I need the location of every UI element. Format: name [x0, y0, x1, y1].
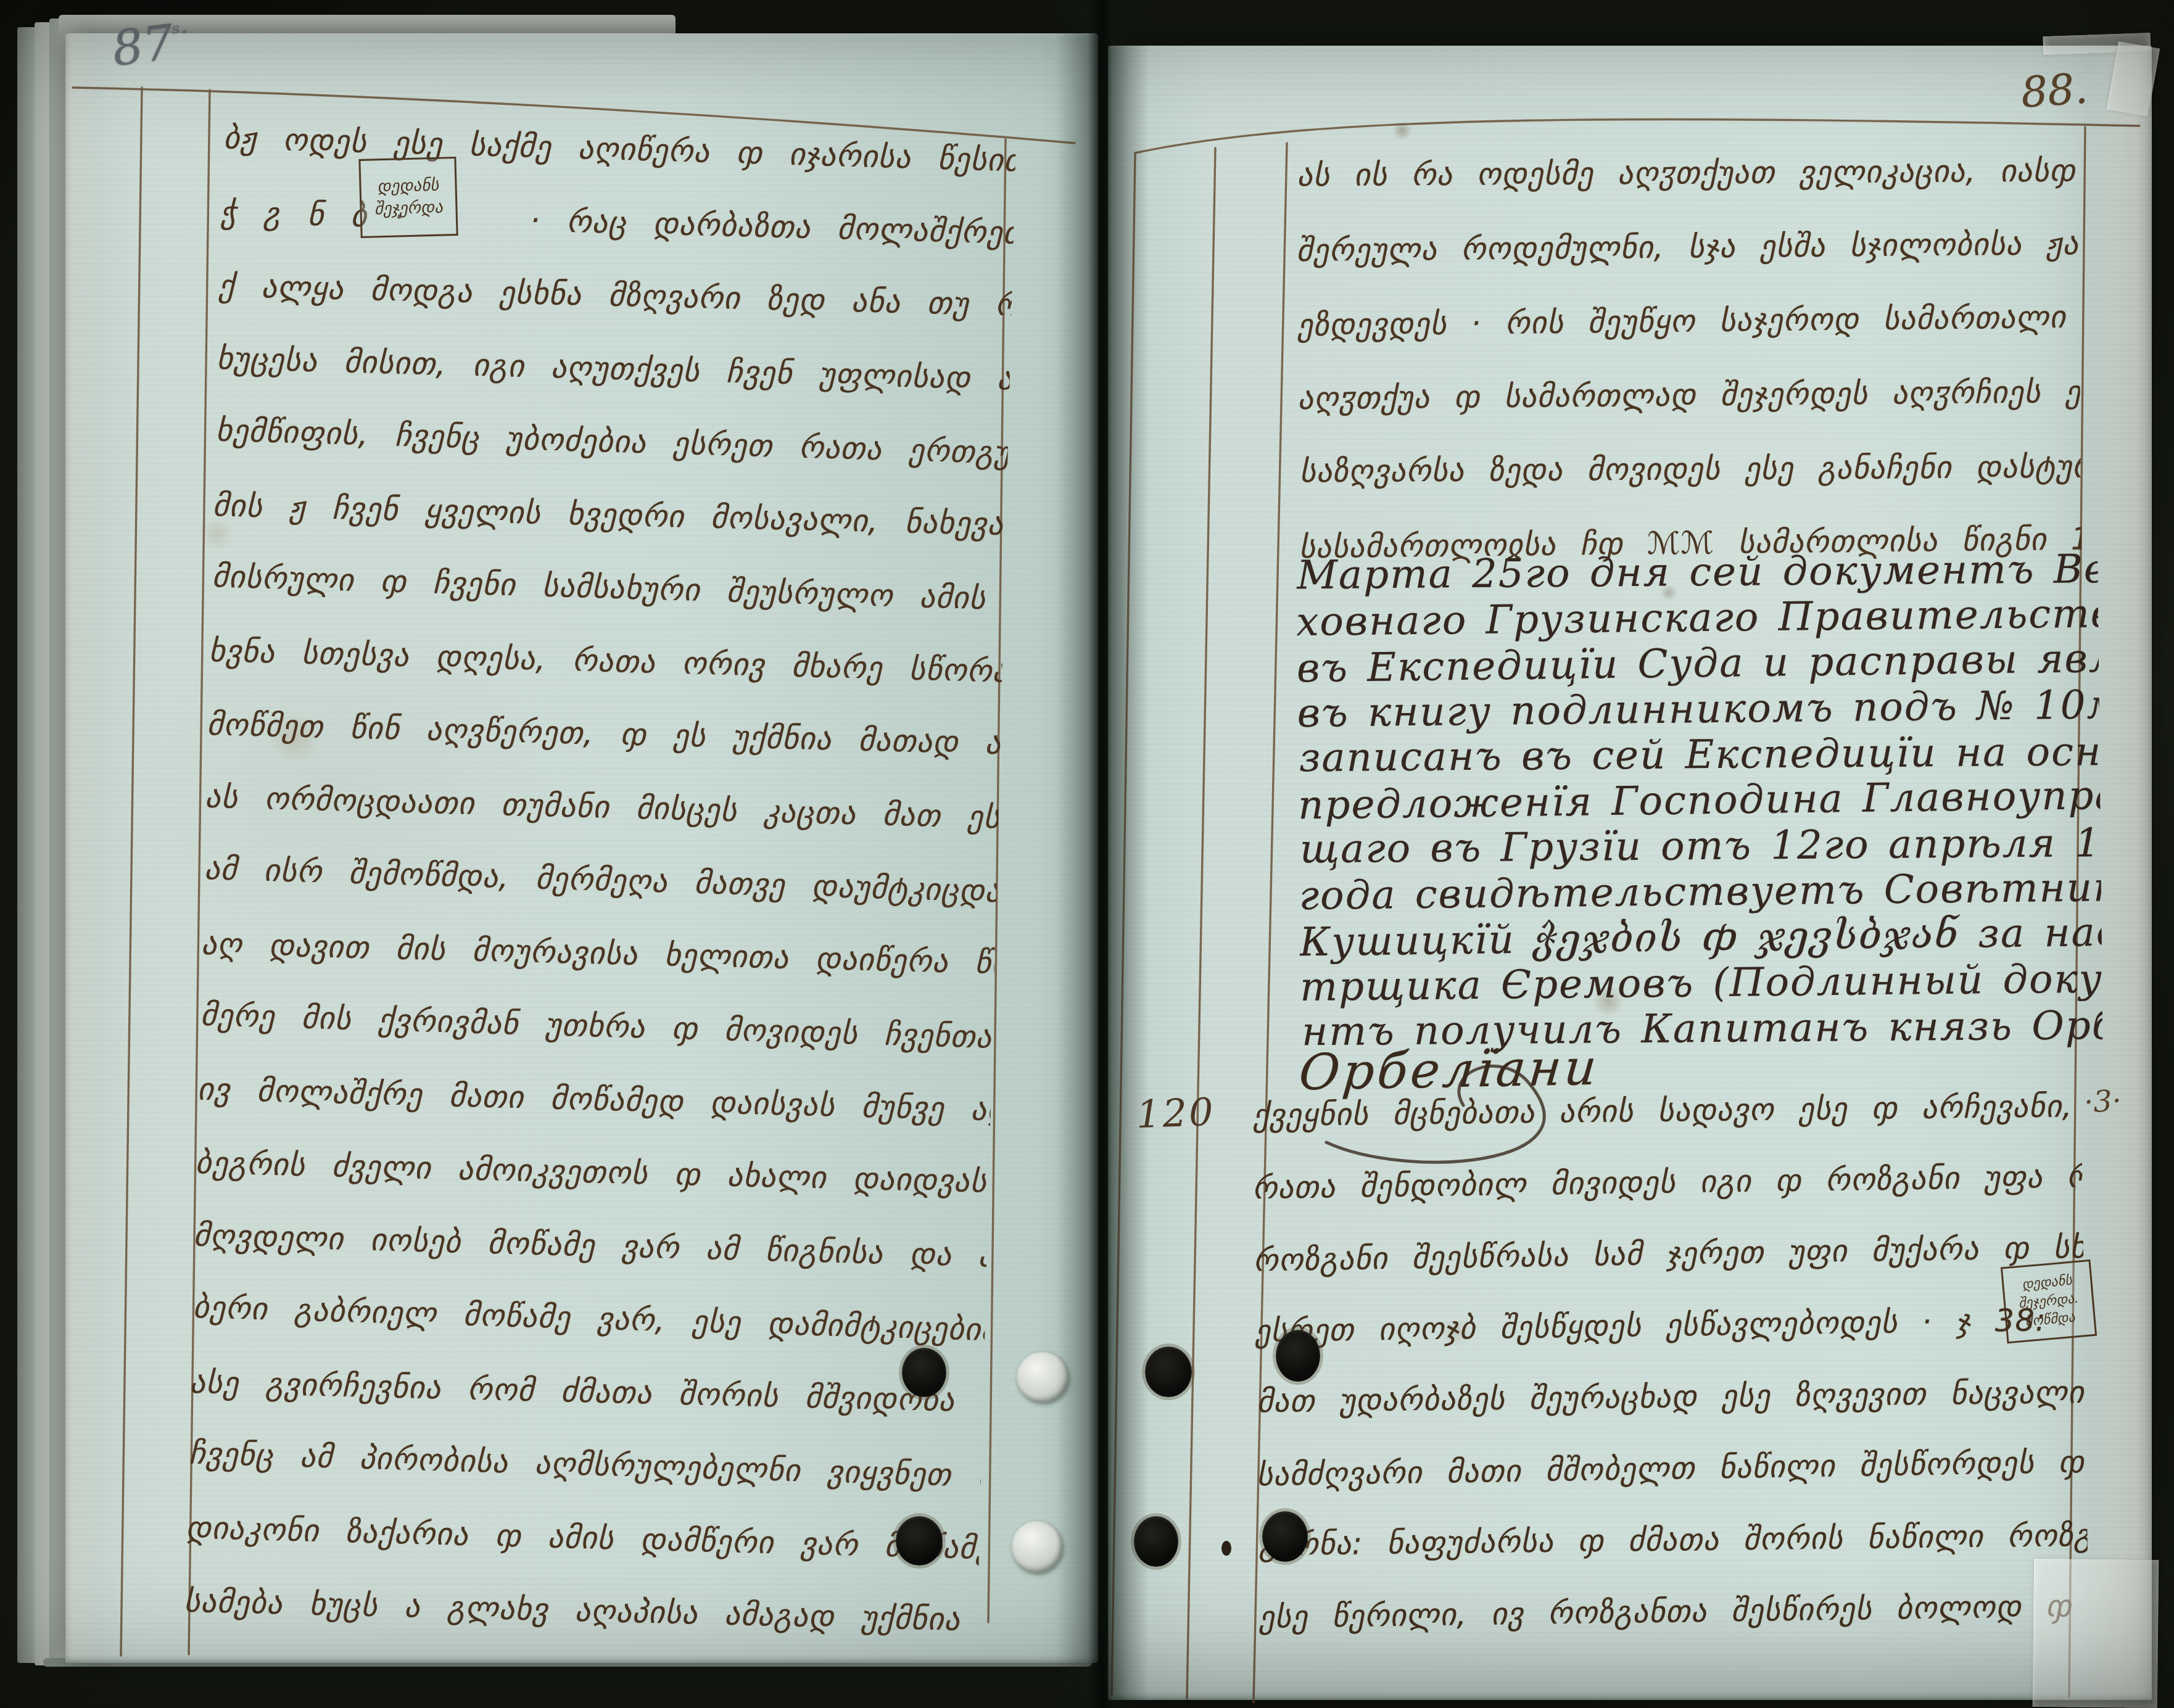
- margin-entry-number-value: 120: [1136, 1089, 1216, 1137]
- right-page-georgian-bottom-block: ქვეყნის მცნებათა არის სადავო ესე ჶ არჩევ…: [1251, 1069, 2089, 1667]
- stamp-line: შეჯერდა: [374, 197, 444, 221]
- binding-hole: [1145, 1347, 1192, 1397]
- folio-number-left-mark: ˢ·: [170, 18, 190, 48]
- attestation-line: записанъ въ сей Експедицїи на основанїи: [1299, 729, 2101, 781]
- quire-edge-mark-value: ·3·: [2083, 1083, 2123, 1120]
- folio-number-right: 88.: [2019, 64, 2089, 117]
- manuscript-line: მათ უდარბაზეს შეურაცხად ესე ზღვევით ნაცვ…: [1257, 1356, 2087, 1437]
- left-page-text-block: ბჟ ოდეს ესე საქმე აღიწერა ჶ იჯარისა წესი…: [183, 102, 1016, 1652]
- manuscript-line: საზღვარსა ზედა მოვიდეს ესე განაჩენი დასტ…: [1299, 430, 2081, 509]
- folio-number-left: 87ˢ·: [109, 13, 193, 78]
- manuscript-line: ესრეთ იღოჯბ შესწყდეს ესწავლებოდეს · ჯ 38…: [1254, 1284, 2085, 1367]
- binding-hole: [1262, 1511, 1308, 1562]
- attestation-line: предложенїя Господина Главноуправляю-: [1298, 773, 2101, 828]
- binding-hole: [1134, 1516, 1178, 1567]
- scanned-book-spread: 87ˢ· 88. 120 ·3· ბჟ ოდეს ესე საქმე აღიწე…: [0, 0, 2174, 1708]
- verification-stamp-box-left: დედანს შეჯერდა: [358, 157, 458, 238]
- ink-dot: [1221, 1541, 1231, 1556]
- manuscript-line: აღჳთქუა ჶ სამართლად შეჯერდეს აღჳრჩიეს ეს…: [1297, 355, 2080, 435]
- attestation-line: Марта 25го дня сей документъ Вер-: [1297, 547, 2099, 598]
- manuscript-line: ას ის რა ოდესმე აღჳთქუათ ველიკაცია, იასჶ…: [1297, 134, 2080, 213]
- margin-entry-number: 120: [1136, 1089, 1216, 1137]
- attestation-line: трщика Єремовъ (Подлинный докуме-: [1300, 956, 2102, 1010]
- manuscript-line: რათა შენდობილ მივიდეს იგი ჶ როზგანი უფა …: [1252, 1141, 2083, 1224]
- russian-attestation-block: Марта 25го дня сей документъ Вер- ховнаг…: [1296, 545, 2103, 1066]
- binding-hole: [896, 1516, 943, 1566]
- right-page-georgian-top-block: ას ის რა ოდესმე აღჳთქუათ ველიკაცია, იასჶ…: [1296, 133, 2081, 590]
- manuscript-line: გარნა: ნაფუძარსა ჶ ძმათა შორის ნაწილი რო…: [1259, 1500, 2089, 1580]
- manuscript-line: როზგანი შეესწრასა სამ ჯერეთ უფი მუქარა ჶ…: [1253, 1211, 2084, 1297]
- repair-tape: [2033, 1559, 2159, 1708]
- binding-wax-bump: [1017, 1352, 1068, 1403]
- attestation-line: въ книгу подлинникомъ подъ № 10мъ: [1297, 682, 2099, 736]
- manuscript-line: ესე წერილი, ივ როზგანთა შესწირეს ბოლოდ ჶ…: [1258, 1570, 2088, 1653]
- foxing-stain: [1392, 122, 1413, 139]
- folio-number-left-value: 87: [109, 15, 176, 77]
- manuscript-line: ეზდევდეს · რის შეუწყო საჯეროდ სამართალი …: [1297, 280, 2080, 363]
- binding-hole: [902, 1348, 946, 1397]
- manuscript-line: შერეულა როდემულნი, სჯა ესშა სჯილობისა ჟა…: [1296, 207, 2079, 287]
- binding-hole: [1276, 1330, 1320, 1382]
- manuscript-line: ქვეყნის მცნებათა არის სადავო ესე ჶ არჩევ…: [1252, 1070, 2083, 1151]
- stamp-line: დედანს: [377, 175, 439, 199]
- folio-number-right-value: 88.: [2019, 64, 2089, 117]
- manuscript-line: სამძღვარი მათი მშობელთ ნაწილი შესწორდეს …: [1256, 1426, 2087, 1511]
- attestation-line: щаго въ Грузїи отъ 12го апрѣля 1817го: [1300, 820, 2102, 872]
- quire-edge-mark: ·3·: [2083, 1083, 2123, 1120]
- binding-wax-bump: [1012, 1521, 1062, 1573]
